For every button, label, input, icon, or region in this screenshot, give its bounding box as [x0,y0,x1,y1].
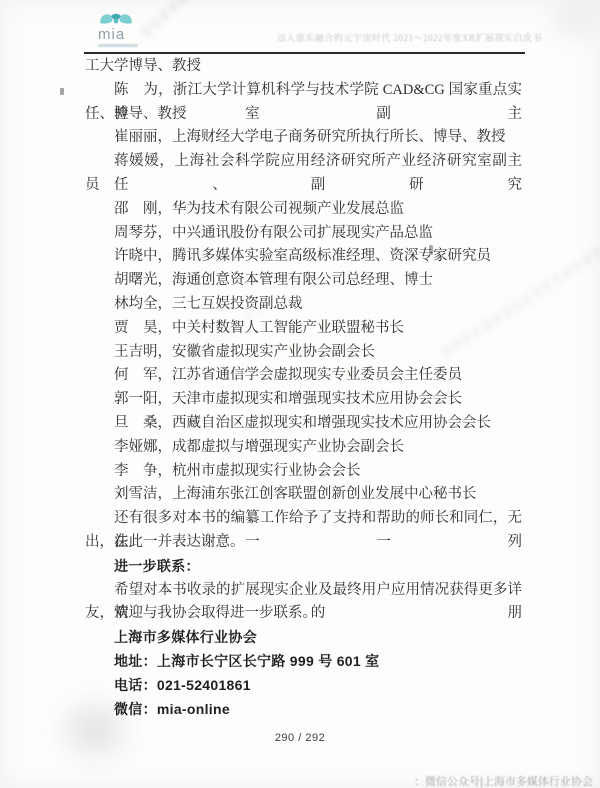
text-line: 贾 昊，中关村数智人工智能产业联盟秘书长 [85,317,522,341]
text-line: 胡曙光，海通创意资本管理有限公司总经理、博士 [85,269,522,293]
text-line: 周琴芬，中兴通讯股份有限公司扩展现实产品总监 [85,222,522,246]
text-line: 李娅娜，成都虚拟与增强现实产业协会副会长 [85,436,522,460]
text-line: 蒋媛媛，上海社会科学院应用经济研究所产业经济研究室副主任、副研究 [85,150,522,174]
scan-streak [141,0,229,38]
text-line: 邵 刚，华为技术有限公司视频产业发展总监 [85,198,522,222]
text-line: 旦 桑，西藏自治区虚拟现实和增强现实技术应用协会会长 [85,412,522,436]
text-line: 电话：021-52401861 [85,674,522,698]
text-line: 李 争，杭州市虚拟现实行业协会会长 [85,460,522,484]
running-header: 迈入虚实融合的元宇宙时代 2021～2022年度XR扩展现实白皮书 [240,31,542,44]
scan-speck [60,88,64,95]
scan-smudge [540,0,600,50]
text-line: 微信：mia-online [85,698,522,722]
page-number: 290 / 292 [0,732,600,744]
mia-logo-icon [98,10,134,27]
text-line: 希望对本书收录的扩展现实企业及最终用户应用情况获得更多详情的朋 [85,579,522,603]
logo-tagline [98,44,138,47]
text-line: 地址：上海市长宁区长宁路 999 号 601 室 [85,650,522,674]
mia-logo-text: mia [98,27,138,42]
text-line: 许晓中，腾讯多媒体实验室高级标准经理、资深专家研究员 [85,245,522,269]
text-line: 刘雪洁，上海浦东张江创客联盟创新创业发展中心秘书长 [85,483,522,507]
text-line: 上海市多媒体行业协会 [85,626,522,650]
text-line: 工大学博导、教授 [85,55,522,79]
body-text: 工大学博导、教授陈 为，浙江大学计算机科学与技术学院 CAD&CG 国家重点实验… [85,55,522,721]
document-page: mia 迈入虚实融合的元宇宙时代 2021～2022年度XR扩展现实白皮书 工大… [0,0,600,788]
header-rule [84,52,525,54]
text-line: 还有很多对本书的编纂工作给予了支持和帮助的师长和同仁，无法一一列 [85,507,522,531]
text-line: 进一步联系： [85,555,522,579]
text-line: 王吉明，安徽省虚拟现实产业协会副会长 [85,341,522,365]
text-line: 陈 为，浙江大学计算机科学与技术学院 CAD&CG 国家重点实验室副主 [85,79,522,103]
mia-logo: mia [98,10,138,47]
text-line: 林均全，三七互娱投资副总裁 [85,293,522,317]
bottom-watermark: ：微信公众号|上海市多媒体行业协会 [414,775,600,788]
text-line: 郭一阳，天津市虚拟现实和增强现实技术应用协会会长 [85,388,522,412]
text-line: 崔丽丽，上海财经大学电子商务研究所执行所长、博导、教授 [85,126,522,150]
text-line: 何 军，江苏省通信学会虚拟现实专业委员会主任委员 [85,364,522,388]
